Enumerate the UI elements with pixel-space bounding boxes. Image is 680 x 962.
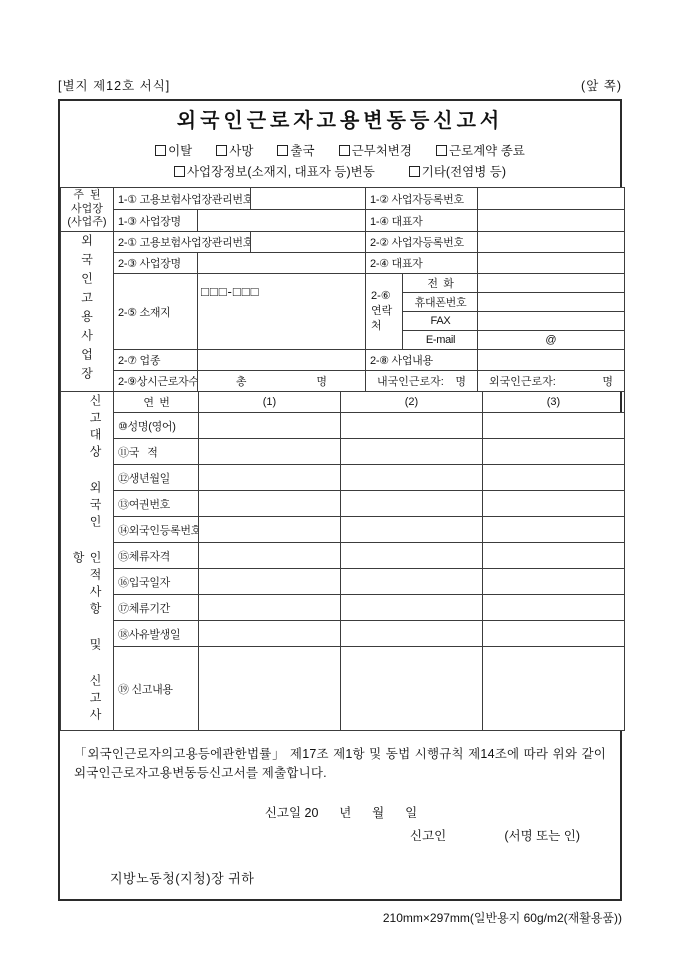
total-workers-cell[interactable]: 총 명 [198,371,366,392]
email-at-sign: @ [545,334,556,346]
checkbox-icon[interactable] [174,166,185,177]
report-cell-name-1[interactable] [199,413,341,439]
report-cell-event-date-1[interactable] [199,621,341,647]
field-1-4-label: 1-④ 대표자 [366,210,478,232]
report-row-label-passport: ⑬여권번호 [114,491,199,517]
report-row-label-entry-date: ⑯입국일자 [114,569,199,595]
report-cell-nationality-1[interactable] [199,439,341,465]
checkbox-label: 사업장정보(소재지, 대표자 등)변동 [187,162,375,180]
contact-fax-input[interactable] [478,312,625,331]
field-2-6-label-line2: 연락처 [371,304,399,334]
report-row-label-name: ⑩성명(영어) [114,413,199,439]
declaration-statement: 「외국인근로자의고용등에관한법률」 제17조 제1항 및 동법 시행규칙 제14… [74,745,606,783]
report-cell-alien-reg-no-2[interactable] [341,517,483,543]
report-cell-visa-status-2[interactable] [341,543,483,569]
report-row-label-stay-period: ⑰체류기간 [114,595,199,621]
recipient-line: 지방노동청(지청)장 귀하 [110,868,610,887]
report-cell-content-1[interactable] [199,647,341,731]
field-2-3-input[interactable] [198,253,366,274]
report-table: 신고대상 외국인 인적사항 및 신고사항 연 번 (1) (2) (3) ⑩성명… [60,391,625,731]
foreign-workers-cell[interactable]: 외국인근로자: 명 [478,371,625,392]
column-3-header: (3) [483,392,625,413]
report-section-header-text: 신고대상 외국인 인적사항 및 신고사항 [70,392,104,729]
checkbox-label: 출국 [290,141,314,159]
contact-phone-label: 전 화 [403,274,478,293]
report-row-label-birthdate: ⑫생년월일 [114,465,199,491]
field-2-8-label: 2-⑧ 사업내용 [366,350,478,371]
form-border-box: 외국인근로자고용변동등신고서 이탈 사망 출국 근무처변경 근로계약 종료 [58,99,622,901]
foreign-workers-label: 외국인근로자: [489,373,556,389]
column-1-header: (1) [199,392,341,413]
checkbox-label: 기타(전염병 등) [422,162,506,180]
report-cell-alien-reg-no-3[interactable] [483,517,625,543]
domestic-workers-cell[interactable]: 내국인근로자: 명 [366,371,478,392]
report-row-label-nationality: ⑪국 적 [114,439,199,465]
reporter-label: 신고인 [410,826,446,844]
form-title: 외국인근로자고용변동등신고서 [60,108,620,134]
checkbox-label: 사망 [229,141,253,159]
reason-checkbox-row-2: 사업장정보(소재지, 대표자 등)변동 기타(전염병 등) [60,162,620,180]
reason-option-death[interactable]: 사망 [216,141,253,159]
report-cell-visa-status-1[interactable] [199,543,341,569]
report-cell-content-3[interactable] [483,647,625,731]
report-cell-passport-3[interactable] [483,491,625,517]
checkbox-label: 근로계약 종료 [449,141,525,159]
field-2-8-input[interactable] [478,350,625,371]
foreign-workplace-header-text: 외국인고용사업장 [79,234,96,386]
domestic-workers-unit: 명 [455,373,466,389]
contact-mobile-label: 휴대폰번호 [403,293,478,312]
report-cell-stay-period-3[interactable] [483,595,625,621]
main-workplace-header: 주 된 사업장 (사업주) [61,188,114,232]
reason-option-info-change[interactable]: 사업장정보(소재지, 대표자 등)변동 [174,162,375,180]
signature-note: (서명 또는 인) [504,826,580,844]
reason-option-departure[interactable]: 이탈 [155,141,192,159]
form-code: [별지 제12호 서식] [58,76,170,94]
report-cell-alien-reg-no-1[interactable] [199,517,341,543]
main-workplace-table: 주 된 사업장 (사업주) 1-① 고용보험사업장관리번호 1-② 사업자등록번… [60,187,625,232]
field-1-2-label: 1-② 사업자등록번호 [366,188,478,210]
field-1-1-label: 1-① 고용보험사업장관리번호 [114,188,251,210]
postal-code-boxes: □□□-□□□ [201,284,259,299]
field-2-1-input[interactable] [251,232,366,253]
domestic-workers-label: 내국인근로자: [377,373,444,389]
field-1-3-input[interactable] [198,210,366,232]
report-cell-visa-status-3[interactable] [483,543,625,569]
foreign-workers-unit: 명 [602,373,613,389]
field-1-3-label: 1-③ 사업장명 [114,210,198,232]
report-row-label-content: ⑲ 신고내용 [114,647,199,731]
checkbox-icon[interactable] [277,145,288,156]
main-workplace-header-line3: (사업주) [61,216,113,230]
serial-header: 연 번 [114,392,199,413]
checkbox-icon[interactable] [339,145,350,156]
foreign-workplace-header: 외국인고용사업장 [61,232,114,392]
contact-fax-label: FAX [403,312,478,331]
report-cell-birthdate-2[interactable] [341,465,483,491]
total-workers-label: 총 [236,373,247,389]
report-row-label-event-date: ⑱사유발생일 [114,621,199,647]
field-2-4-input[interactable] [478,253,625,274]
field-1-1-input[interactable] [251,188,366,210]
field-2-5-label: 2-⑤ 소재지 [114,274,198,350]
report-row-label-alien-reg-no: ⑭외국인등록번호 [114,517,199,543]
report-cell-event-date-2[interactable] [341,621,483,647]
reason-option-other[interactable]: 기타(전염병 등) [409,162,506,180]
field-2-6-label-line1: 2-⑥ [371,289,399,304]
contact-email-label: E-mail [403,331,478,350]
form-page: [별지 제12호 서식] (앞 쪽) 외국인근로자고용변동등신고서 이탈 사망 … [0,0,680,962]
checkbox-icon[interactable] [436,145,447,156]
checkbox-icon[interactable] [155,145,166,156]
report-row-label-visa-status: ⑮체류자격 [114,543,199,569]
reason-option-exit[interactable]: 출국 [277,141,314,159]
checkbox-label: 근무처변경 [352,141,412,159]
field-2-9-label: 2-⑨상시근로자수 [114,371,198,392]
reason-option-contract-end[interactable]: 근로계약 종료 [436,141,525,159]
paper-spec-footer: 210mm×297mm(일반용지 60g/m2(재활용품)) [58,909,622,926]
total-workers-unit: 명 [316,373,327,389]
field-2-2-label: 2-② 사업자등록번호 [366,232,478,253]
declaration-section: 「외국인근로자의고용등에관한법률」 제17조 제1항 및 동법 시행규칙 제14… [60,731,620,899]
contact-phone-input[interactable] [478,274,625,293]
report-cell-birthdate-1[interactable] [199,465,341,491]
report-cell-nationality-3[interactable] [483,439,625,465]
field-1-2-input[interactable] [478,188,625,210]
report-cell-entry-date-1[interactable] [199,569,341,595]
checkbox-icon[interactable] [409,166,420,177]
field-2-7-input[interactable] [198,350,366,371]
report-section-header: 신고대상 외국인 인적사항 및 신고사항 [61,392,114,731]
report-cell-stay-period-2[interactable] [341,595,483,621]
report-cell-stay-period-1[interactable] [199,595,341,621]
field-2-6-label: 2-⑥ 연락처 [366,274,403,350]
report-cell-event-date-3[interactable] [483,621,625,647]
main-workplace-header-line2: 사업장 [61,203,113,217]
field-2-1-label: 2-① 고용보험사업장관리번호 [114,232,251,253]
reporter-line: 신고인 (서명 또는 인) [72,826,610,844]
field-2-4-label: 2-④ 대표자 [366,253,478,274]
main-workplace-header-line1: 주 된 [61,189,113,203]
page-meta: [별지 제12호 서식] (앞 쪽) [58,76,622,94]
field-1-4-input[interactable] [478,210,625,232]
report-cell-entry-date-3[interactable] [483,569,625,595]
report-cell-name-2[interactable] [341,413,483,439]
report-cell-nationality-2[interactable] [341,439,483,465]
reason-checkbox-row-1: 이탈 사망 출국 근무처변경 근로계약 종료 [60,141,620,159]
contact-mobile-input[interactable] [478,293,625,312]
field-2-2-input[interactable] [478,232,625,253]
checkbox-label: 이탈 [168,141,192,159]
page-side: (앞 쪽) [581,76,622,94]
column-2-header: (2) [341,392,483,413]
field-2-7-label: 2-⑦ 업종 [114,350,198,371]
report-cell-passport-2[interactable] [341,491,483,517]
field-2-5-input[interactable]: □□□-□□□ [198,274,366,350]
foreign-workplace-table: 외국인고용사업장 2-① 고용보험사업장관리번호 2-② 사업자등록번호 2-③… [60,231,625,392]
report-cell-birthdate-3[interactable] [483,465,625,491]
field-2-3-label: 2-③ 사업장명 [114,253,198,274]
reason-option-workplace-change[interactable]: 근무처변경 [339,141,412,159]
report-date-line: 신고일 20 년 월 일 [72,803,610,821]
report-cell-content-2[interactable] [341,647,483,731]
contact-email-input[interactable]: @ [478,331,625,350]
checkbox-icon[interactable] [216,145,227,156]
report-cell-passport-1[interactable] [199,491,341,517]
report-cell-name-3[interactable] [483,413,625,439]
report-cell-entry-date-2[interactable] [341,569,483,595]
